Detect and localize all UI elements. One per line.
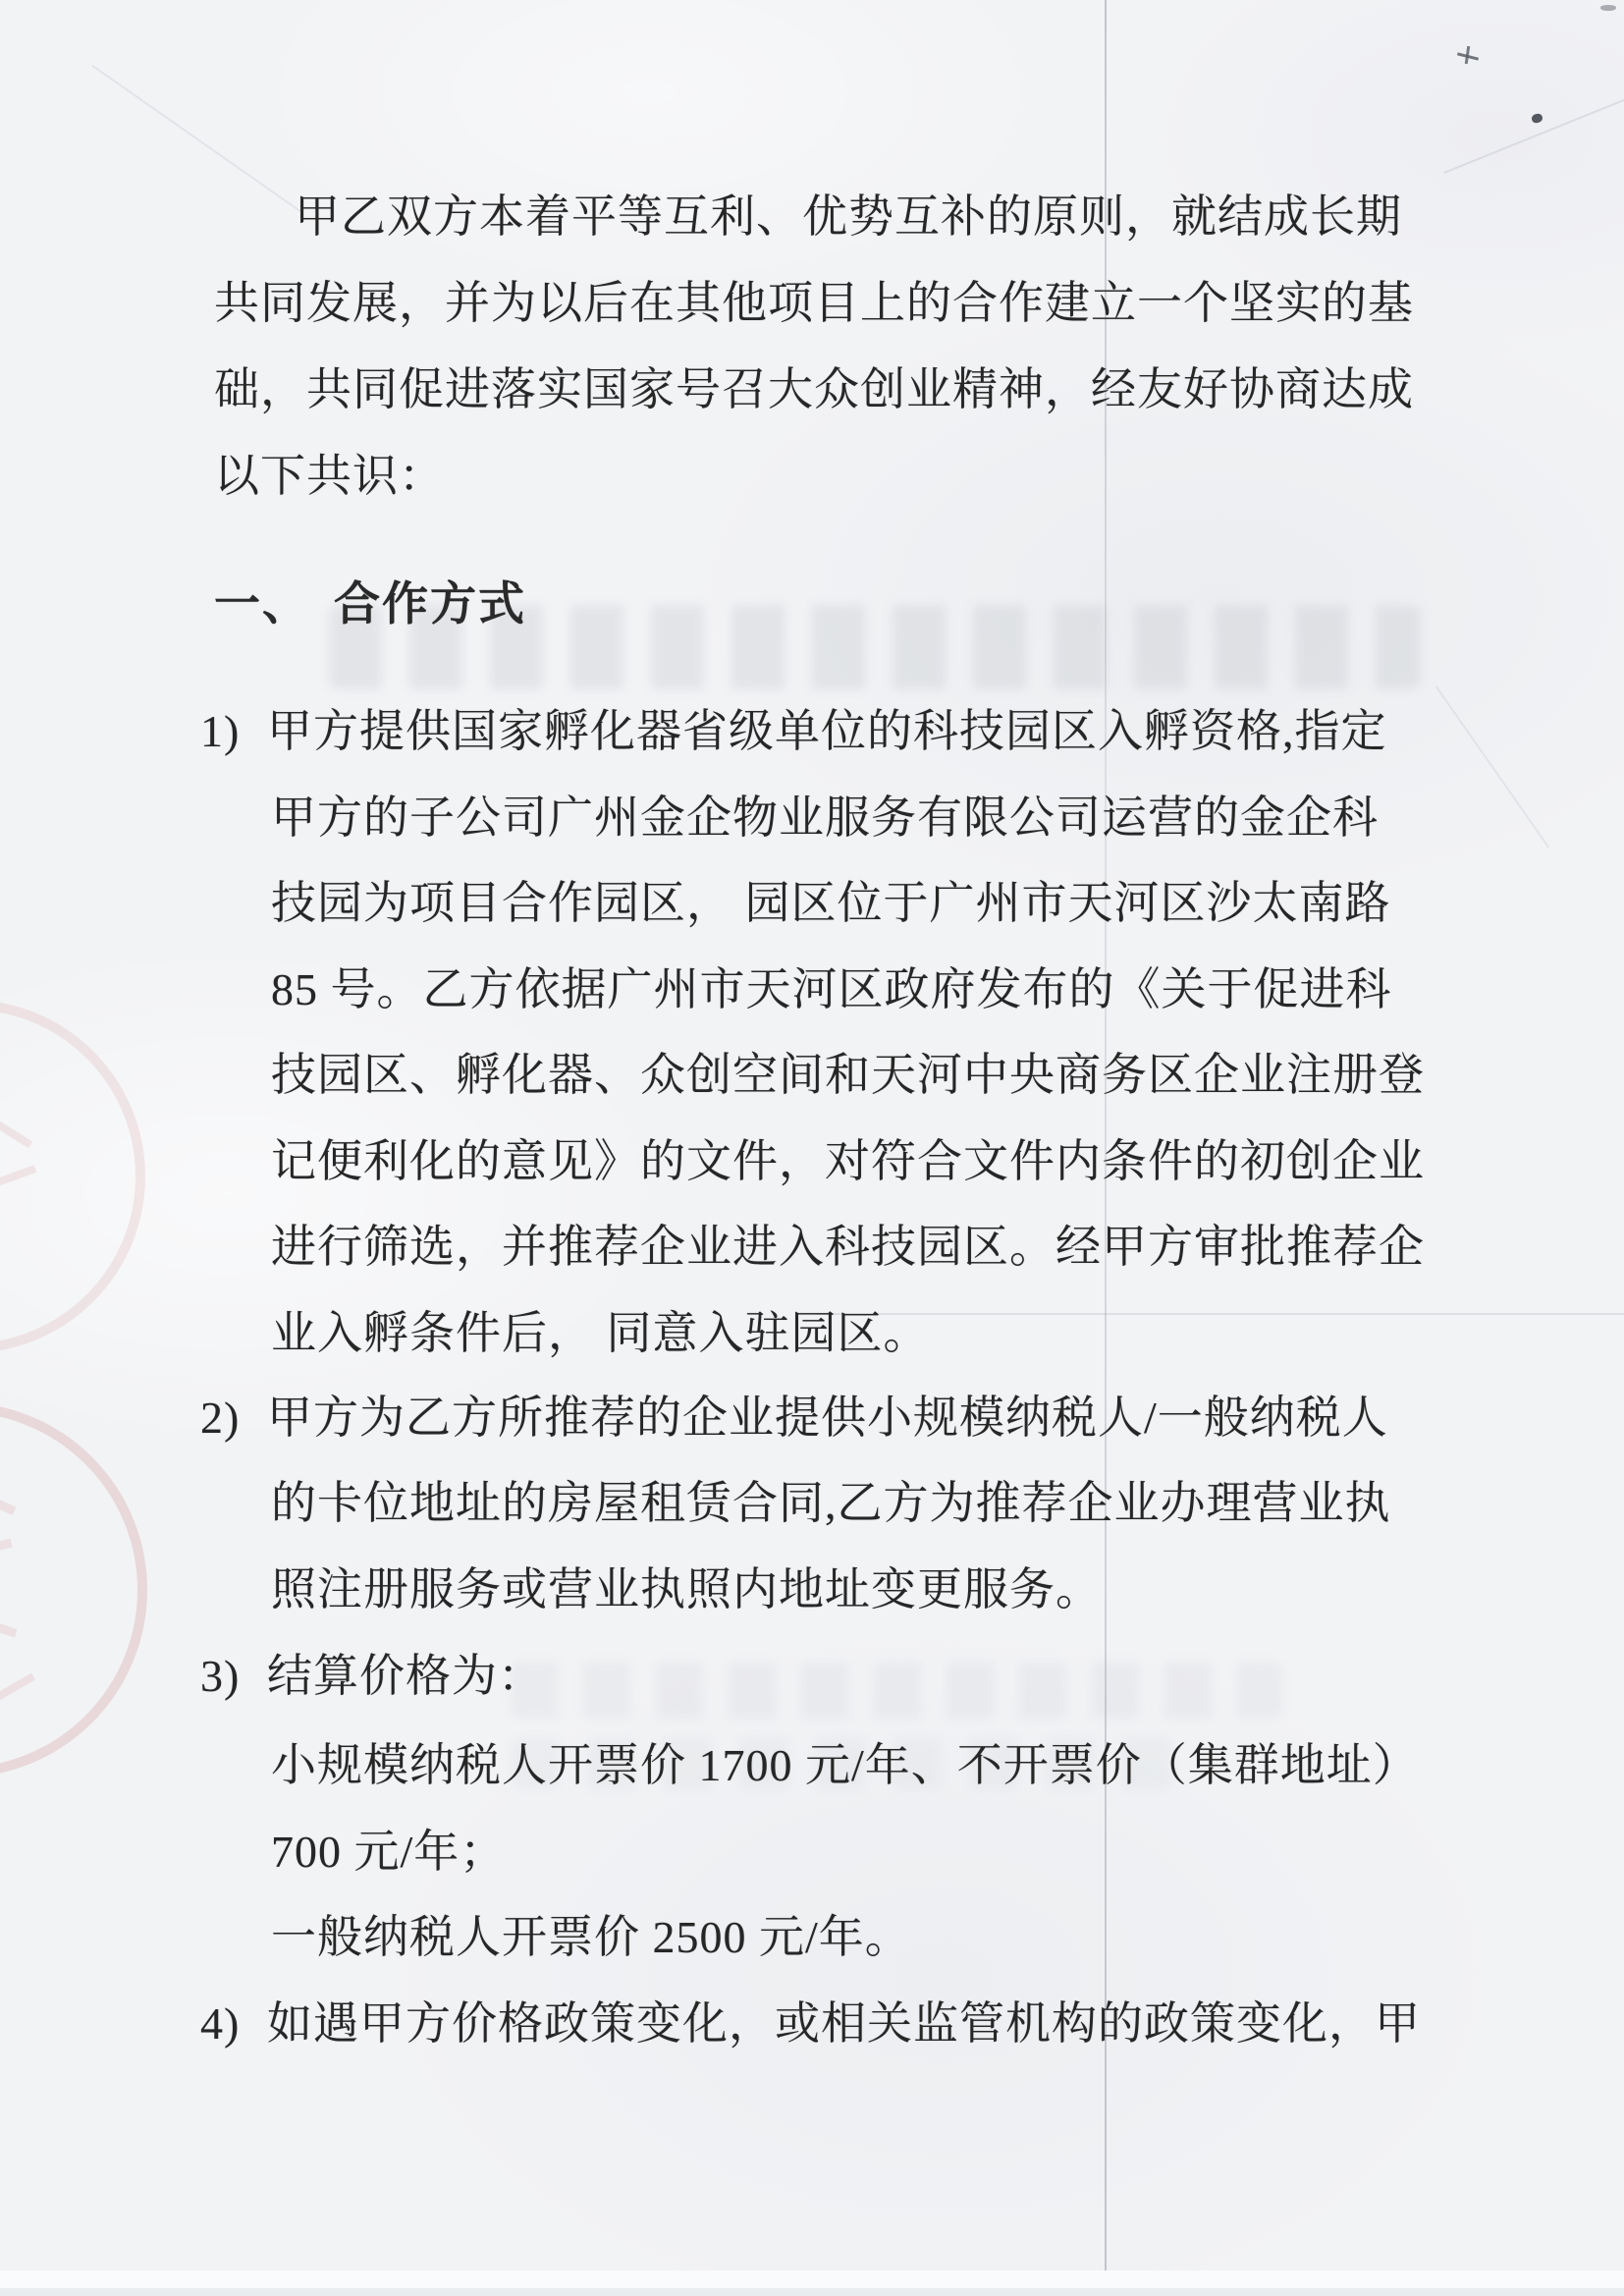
diagonal-crease xyxy=(1435,686,1549,848)
list-item-4-marker: 4) xyxy=(200,2001,240,2047)
list-item-1-line: 技园为项目合作园区， 园区位于广州市天河区沙太南路 xyxy=(271,881,1391,926)
red-stamp-icon xyxy=(0,1000,145,1353)
section-heading: 一、 合作方式 xyxy=(214,581,526,628)
list-item-4-line: 如遇甲方价格政策变化，或相关监管机构的政策变化，甲 xyxy=(267,2001,1421,2047)
scan-edge-bar xyxy=(0,2288,1624,2296)
intro-line-2: 共同发展，并为以后在其他项目上的合作建立一个坚实的基 xyxy=(214,281,1414,326)
list-item-1-line: 技园区、孵化器、众创空间和天河中央商务区企业注册登 xyxy=(271,1053,1425,1098)
diagonal-crease xyxy=(91,65,301,213)
list-item-3-line: 一般纳税人开票价 2500 元/年。 xyxy=(271,1915,911,1960)
intro-line-1: 甲乙双方本着平等互利、优势互补的原则，就结成长期 xyxy=(295,194,1402,240)
intro-line-3: 础，共同促进落实国家号召大众创业精神，经友好协商达成 xyxy=(214,367,1414,412)
list-item-3-marker: 3) xyxy=(200,1654,240,1699)
diagonal-crease xyxy=(1443,83,1624,174)
list-item-2-line: 的卡位地址的房屋租赁合同,乙方为推荐企业办理营业执 xyxy=(271,1481,1391,1526)
list-item-3-line: 结算价格为： xyxy=(267,1654,544,1699)
list-item-1-line: 业入孵条件后， 同意入驻园区。 xyxy=(271,1311,930,1356)
scanned-contract-page: 甲乙双方本着平等互利、优势互补的原则，就结成长期 共同发展，并为以后在其他项目上… xyxy=(0,0,1624,2296)
scan-edge-strip xyxy=(0,2270,1624,2288)
list-item-2-marker: 2) xyxy=(200,1395,240,1441)
list-item-1-line: 甲方的子公司广州金企物业服务有限公司运营的金企科 xyxy=(271,795,1379,841)
list-item-1-line: 85 号。乙方依据广州市天河区政府发布的《关于促进科 xyxy=(271,967,1392,1012)
list-item-1-line: 进行筛选，并推荐企业进入科技园区。经甲方审批推荐企 xyxy=(271,1225,1425,1270)
list-item-1-marker: 1) xyxy=(200,709,240,754)
section-heading-title: 合作方式 xyxy=(334,581,526,628)
scan-speck xyxy=(1600,5,1616,11)
list-item-1-line: 记便利化的意见》的文件，对符合文件内条件的初创企业 xyxy=(271,1139,1425,1184)
red-stamp-icon xyxy=(0,1402,147,1777)
list-item-2-line: 照注册服务或营业执照内地址变更服务。 xyxy=(271,1567,1102,1613)
ghost-text-smudge xyxy=(511,1662,1282,1719)
list-item-3-line: 小规模纳税人开票价 1700 元/年、不开票价（集群地址） xyxy=(271,1743,1419,1788)
scan-speck xyxy=(1531,113,1543,125)
section-heading-marker: 一、 xyxy=(214,581,310,628)
list-item-2-line: 甲方为乙方所推荐的企业提供小规模纳税人/一般纳税人 xyxy=(267,1395,1388,1441)
intro-line-4: 以下共识： xyxy=(214,454,445,499)
list-item-3-line: 700 元/年； xyxy=(271,1830,506,1875)
horizontal-crease xyxy=(815,1313,1624,1315)
list-item-1-line: 甲方提供国家孵化器省级单位的科技园区入孵资格,指定 xyxy=(267,709,1387,754)
